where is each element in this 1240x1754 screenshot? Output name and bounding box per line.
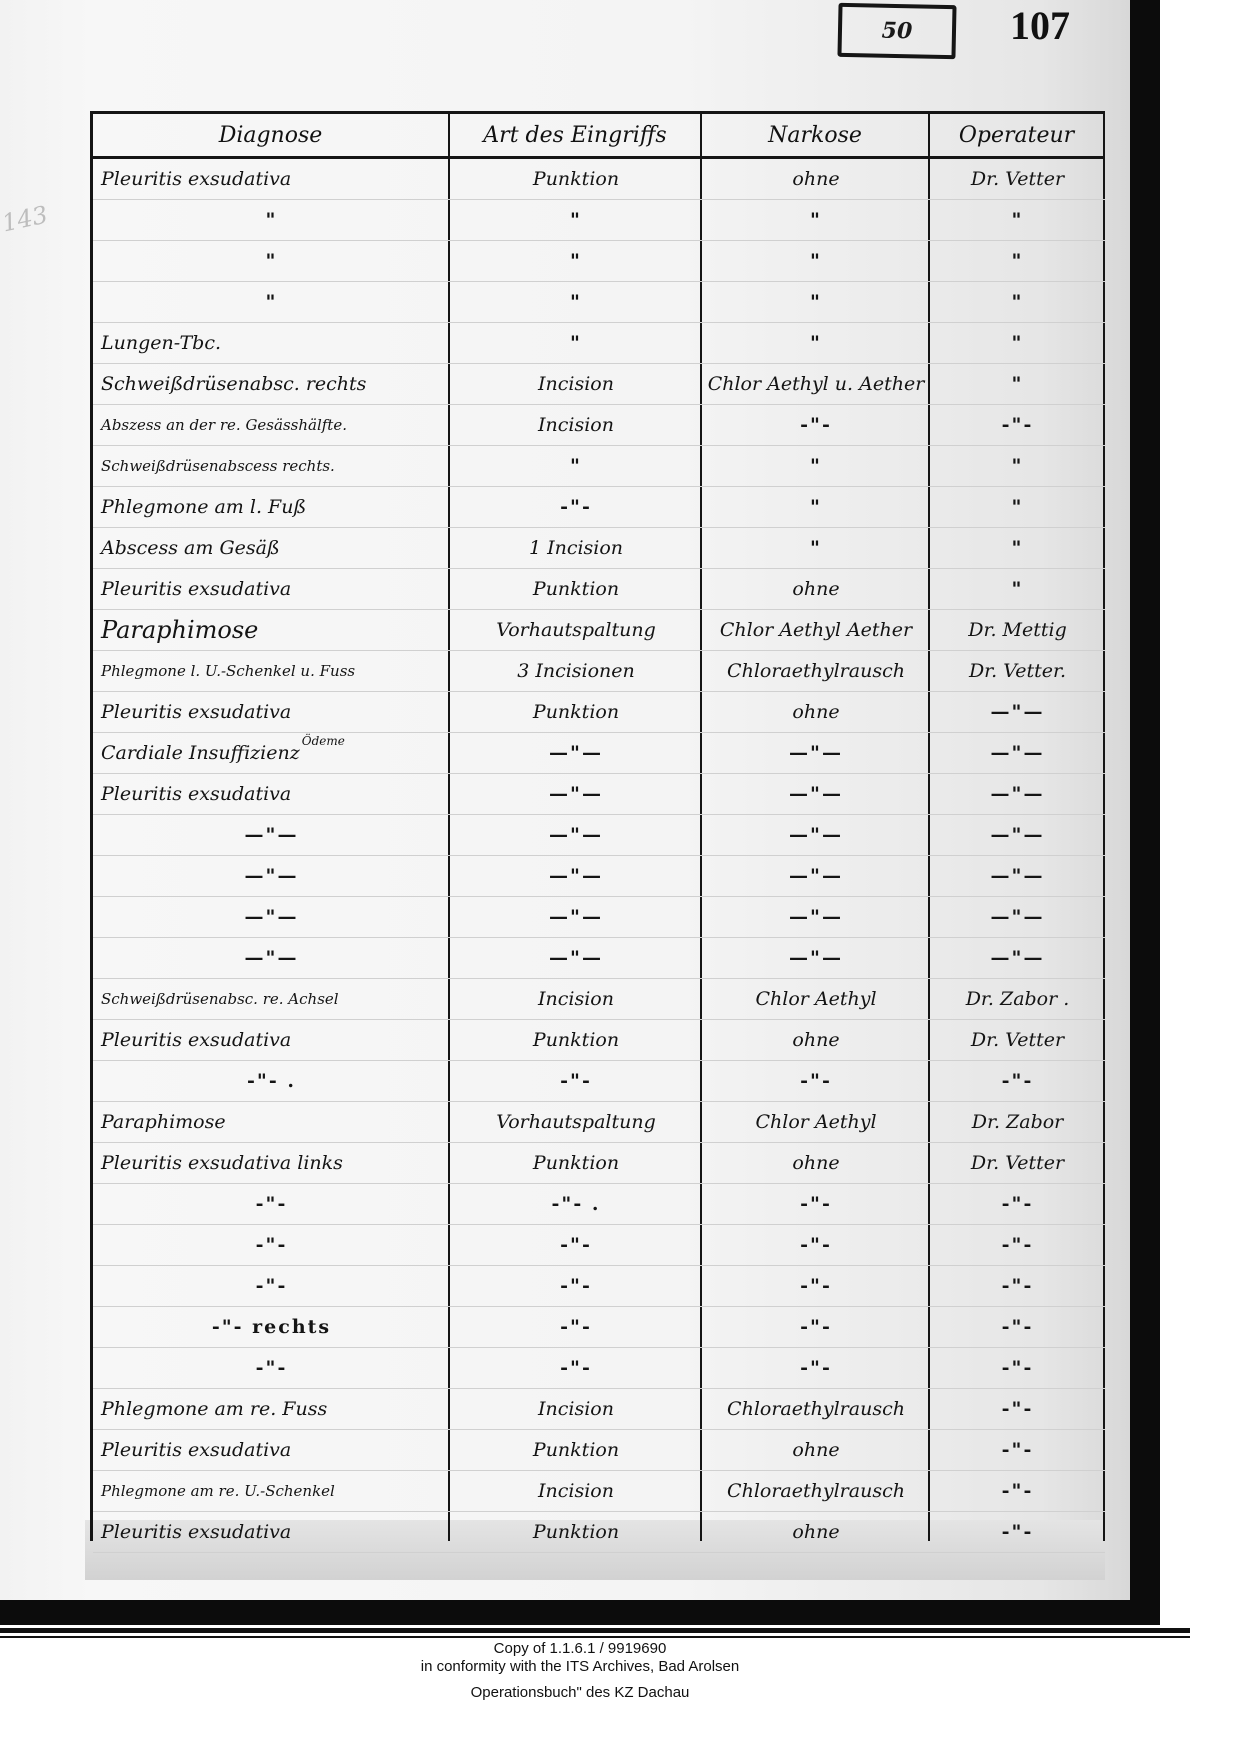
cell-eingriff-text: Incision (538, 414, 614, 436)
cell-narkose: -"- (702, 1266, 930, 1306)
cell-diagnose: —"— (93, 856, 450, 896)
cell-eingriff: " (450, 241, 702, 281)
cell-diagnose-text: Paraphimose (101, 616, 258, 644)
cell-diagnose: Abszess an der re. Gesässhälfte. (93, 405, 450, 445)
cell-narkose: ohne (702, 1143, 930, 1183)
cell-diagnose: Schweißdrüsenabscess rechts. (93, 446, 450, 486)
cell-operateur-text: —"— (991, 906, 1045, 928)
cell-eingriff: -"- (450, 1266, 702, 1306)
cell-narkose-text: —"— (789, 947, 843, 969)
cell-narkose: Chlor Aethyl (702, 1102, 930, 1142)
cell-diagnose-text: Schweißdrüsenabsc. rechts (101, 373, 366, 395)
cell-narkose-text: -"- (800, 1316, 832, 1338)
table-row: Phlegmone l. U.-Schenkel u. Fuss3 Incisi… (93, 651, 1105, 692)
cell-eingriff: Punktion (450, 1430, 702, 1470)
cell-diagnose: Pleuritis exsudativa (93, 1020, 450, 1060)
cell-operateur: " (930, 282, 1105, 322)
cell-operateur: " (930, 241, 1105, 281)
cell-diagnose: Pleuritis exsudativa (93, 774, 450, 814)
cell-diagnose-text: Pleuritis exsudativa (101, 1521, 291, 1543)
cell-operateur-text: —"— (991, 742, 1045, 764)
table-row: """" (93, 282, 1105, 323)
cell-operateur-text: —"— (991, 824, 1045, 846)
cell-eingriff: Incision (450, 405, 702, 445)
cell-eingriff: " (450, 323, 702, 363)
cell-narkose: —"— (702, 897, 930, 937)
column-header-diagnose: Diagnose (93, 114, 450, 156)
cell-eingriff-text: -"- (560, 1070, 592, 1092)
cell-narkose-text: -"- (800, 1275, 832, 1297)
cell-diagnose-text: —"— (245, 865, 299, 887)
table-header: Diagnose Art des Eingriffs Narkose Opera… (93, 111, 1105, 159)
cell-eingriff: -"- . (450, 1184, 702, 1224)
cell-narkose: Chloraethylrausch (702, 1471, 930, 1511)
table-row: Cardiale InsuffizienzÖdeme—"——"——"— (93, 733, 1105, 774)
cell-narkose-text: -"- (800, 414, 832, 436)
cell-diagnose-text: -"- (256, 1193, 288, 1215)
cell-eingriff: Punktion (450, 159, 702, 199)
cell-diagnose: —"— (93, 815, 450, 855)
cell-diagnose-text: -"- (256, 1275, 288, 1297)
cell-diagnose-text: Abscess am Gesäß (101, 537, 280, 559)
cell-narkose-text: ohne (792, 1152, 839, 1174)
cell-operateur: —"— (930, 815, 1105, 855)
cell-eingriff: -"- (450, 1348, 702, 1388)
table-row: Schweißdrüsenabsc. re. AchselIncisionChl… (93, 979, 1105, 1020)
cell-narkose: -"- (702, 1348, 930, 1388)
cell-diagnose-text: Schweißdrüsenabscess rechts. (101, 457, 335, 475)
cell-operateur-text: Dr. Vetter (971, 1029, 1064, 1051)
cell-diagnose-text: -"- (256, 1357, 288, 1379)
cell-operateur-text: " (1012, 455, 1024, 477)
cell-operateur: " (930, 528, 1105, 568)
cell-narkose-text: ohne (792, 1521, 839, 1543)
cell-operateur-text: -"- (1002, 1398, 1034, 1420)
table-row: Abszess an der re. Gesässhälfte.Incision… (93, 405, 1105, 446)
cell-operateur-text: " (1012, 250, 1024, 272)
cell-operateur: -"- (930, 1266, 1105, 1306)
footer-conformity-note: in conformity with the ITS Archives, Bad… (0, 1658, 1160, 1676)
footer-copy-reference: Copy of 1.1.6.1 / 9919690 (0, 1640, 1160, 1658)
table-row: Phlegmone am l. Fuß-"-"" (93, 487, 1105, 528)
cell-eingriff: —"— (450, 733, 702, 773)
cell-narkose-text: " (810, 209, 822, 231)
cell-diagnose-text: Pleuritis exsudativa (101, 578, 291, 600)
cell-diagnose: Phlegmone am l. Fuß (93, 487, 450, 527)
cell-narkose: —"— (702, 856, 930, 896)
cell-eingriff-text: Incision (538, 1480, 614, 1502)
table-row: Phlegmone am re. FussIncisionChloraethyl… (93, 1389, 1105, 1430)
cell-narkose: ohne (702, 159, 930, 199)
cell-operateur: -"- (930, 1348, 1105, 1388)
column-header-narkose: Narkose (702, 114, 930, 156)
cell-narkose-text: Chlor Aethyl u. Aether (708, 373, 925, 395)
cell-eingriff: Incision (450, 1471, 702, 1511)
cell-operateur-text: " (1012, 578, 1024, 600)
cell-eingriff-text: Punktion (533, 1439, 619, 1461)
cell-diagnose-text: Cardiale Insuffizienz (101, 742, 300, 764)
cell-diagnose-text: Pleuritis exsudativa (101, 1029, 291, 1051)
cell-narkose: " (702, 241, 930, 281)
cell-eingriff-text: " (570, 291, 582, 313)
cell-narkose-text: ohne (792, 578, 839, 600)
page-number: 107 (1010, 2, 1070, 49)
archive-footer: Copy of 1.1.6.1 / 9919690 in conformity … (0, 1640, 1160, 1702)
cell-eingriff: -"- (450, 487, 702, 527)
cell-narkose-text: " (810, 455, 822, 477)
cell-diagnose: -"- (93, 1348, 450, 1388)
cell-operateur: —"— (930, 856, 1105, 896)
cell-operateur: —"— (930, 692, 1105, 732)
cell-operateur: " (930, 487, 1105, 527)
table-row: Pleuritis exsudativaPunktionohneDr. Vett… (93, 1020, 1105, 1061)
cell-narkose-text: Chloraethylrausch (727, 660, 905, 682)
cell-narkose-text: —"— (789, 906, 843, 928)
cell-diagnose: Paraphimose (93, 1102, 450, 1142)
cell-eingriff-text: " (570, 209, 582, 231)
cell-operateur-text: " (1012, 332, 1024, 354)
table-row: Schweißdrüsenabsc. rechtsIncisionChlor A… (93, 364, 1105, 405)
cell-eingriff-text: -"- (560, 1357, 592, 1379)
table-row: Pleuritis exsudativaPunktionohneDr. Vett… (93, 159, 1105, 200)
cell-narkose: -"- (702, 1225, 930, 1265)
table-row: Pleuritis exsudativa linksPunktionohneDr… (93, 1143, 1105, 1184)
cell-operateur: Dr. Vetter (930, 159, 1105, 199)
cell-operateur: Dr. Zabor . (930, 979, 1105, 1019)
cell-operateur: -"- (930, 1061, 1105, 1101)
cell-eingriff: Punktion (450, 1020, 702, 1060)
cell-diagnose-text: -"- . (247, 1070, 296, 1092)
cell-operateur: Dr. Vetter (930, 1143, 1105, 1183)
table-row: Pleuritis exsudativa—"——"——"— (93, 774, 1105, 815)
table-row: Pleuritis exsudativaPunktionohne-"- (93, 1430, 1105, 1471)
cell-eingriff-text: Vorhautspaltung (496, 619, 656, 641)
table-row: -"--"--"--"- (93, 1225, 1105, 1266)
cell-narkose: " (702, 446, 930, 486)
cell-operateur: —"— (930, 938, 1105, 978)
cell-diagnose-text: -"- (256, 1234, 288, 1256)
cell-operateur: —"— (930, 897, 1105, 937)
cell-diagnose: Pleuritis exsudativa links (93, 1143, 450, 1183)
cell-narkose: " (702, 487, 930, 527)
cell-diagnose-text: " (266, 291, 278, 313)
cell-eingriff-text: 1 Incision (529, 537, 623, 559)
cell-operateur-text: -"- (1002, 1316, 1034, 1338)
cell-narkose: ohne (702, 1430, 930, 1470)
cell-operateur-text: " (1012, 496, 1024, 518)
cell-eingriff-text: —"— (549, 824, 603, 846)
cell-narkose-text: Chloraethylrausch (727, 1480, 905, 1502)
cell-diagnose-text: Abszess an der re. Gesässhälfte. (101, 416, 347, 434)
cell-operateur: -"- (930, 1184, 1105, 1224)
cell-eingriff: 3 Incisionen (450, 651, 702, 691)
cell-narkose: " (702, 282, 930, 322)
cell-diagnose: " (93, 241, 450, 281)
cell-eingriff: Incision (450, 364, 702, 404)
cell-diagnose: Phlegmone am re. U.-Schenkel (93, 1471, 450, 1511)
table-row: -"--"--"--"- (93, 1348, 1105, 1389)
cell-narkose-text: " (810, 332, 822, 354)
cell-eingriff-text: -"- (560, 1275, 592, 1297)
cell-narkose: Chlor Aethyl (702, 979, 930, 1019)
cell-diagnose: Phlegmone l. U.-Schenkel u. Fuss (93, 651, 450, 691)
cell-eingriff-text: —"— (549, 742, 603, 764)
cell-narkose: " (702, 528, 930, 568)
cell-eingriff-text: Punktion (533, 1029, 619, 1051)
table-row: Pleuritis exsudativaPunktionohne—"— (93, 692, 1105, 733)
cell-narkose: -"- (702, 1307, 930, 1347)
cell-operateur-text: -"- (1002, 1521, 1034, 1543)
cell-operateur-text: -"- (1002, 1480, 1034, 1502)
cell-narkose-text: Chlor Aethyl Aether (720, 619, 912, 641)
cell-narkose: ohne (702, 1512, 930, 1552)
cell-operateur-text: -"- (1002, 1275, 1034, 1297)
cell-eingriff: Vorhautspaltung (450, 610, 702, 650)
ledger-page: 143 50 107 Diagnose Art des Eingriffs Na… (0, 0, 1130, 1600)
cell-narkose: Chlor Aethyl Aether (702, 610, 930, 650)
cell-eingriff: Incision (450, 979, 702, 1019)
cell-operateur-text: Dr. Vetter (971, 168, 1064, 190)
cell-operateur: -"- (930, 1512, 1105, 1552)
cell-operateur: Dr. Vetter. (930, 651, 1105, 691)
table-row: ParaphimoseVorhautspaltungChlor Aethyl A… (93, 610, 1105, 651)
cell-eingriff: " (450, 200, 702, 240)
cell-diagnose-text: Pleuritis exsudativa (101, 783, 291, 805)
cell-narkose-text: -"- (800, 1193, 832, 1215)
cell-operateur-text: Dr. Vetter (971, 1152, 1064, 1174)
cell-operateur-text: -"- (1002, 1357, 1034, 1379)
table-row: —"——"——"——"— (93, 897, 1105, 938)
cell-diagnose-text: Phlegmone am l. Fuß (101, 496, 306, 518)
diagnose-annotation: Ödeme (302, 734, 345, 748)
cell-diagnose: Paraphimose (93, 610, 450, 650)
cell-narkose: —"— (702, 815, 930, 855)
cell-diagnose-text: " (266, 250, 278, 272)
cell-operateur: " (930, 200, 1105, 240)
stamp-number-text: 50 (881, 18, 912, 45)
cell-diagnose: Pleuritis exsudativa (93, 159, 450, 199)
cell-diagnose: Pleuritis exsudativa (93, 569, 450, 609)
cell-operateur-text: Dr. Zabor . (966, 988, 1070, 1010)
cell-eingriff-text: —"— (549, 783, 603, 805)
footer-document-title: Operationsbuch" des KZ Dachau (0, 1684, 1160, 1702)
margin-note: 143 (0, 201, 50, 238)
cell-narkose: " (702, 323, 930, 363)
table-row: Abscess am Gesäß1 Incision"" (93, 528, 1105, 569)
cell-narkose-text: Chloraethylrausch (727, 1398, 905, 1420)
archive-stamp-number: 50 (837, 3, 956, 59)
cell-eingriff-text: —"— (549, 947, 603, 969)
cell-operateur-text: -"- (1002, 1234, 1034, 1256)
cell-eingriff: -"- (450, 1061, 702, 1101)
cell-eingriff-text: -"- (560, 496, 592, 518)
cell-operateur-text: —"— (991, 701, 1045, 723)
table-row: —"——"——"——"— (93, 856, 1105, 897)
cell-eingriff: Punktion (450, 692, 702, 732)
cell-narkose: -"- (702, 1184, 930, 1224)
cell-narkose: Chloraethylrausch (702, 651, 930, 691)
cell-narkose-text: ohne (792, 1439, 839, 1461)
cell-operateur-text: —"— (991, 947, 1045, 969)
cell-operateur: " (930, 323, 1105, 363)
cell-operateur: —"— (930, 774, 1105, 814)
cell-diagnose-text: Paraphimose (101, 1111, 226, 1133)
cell-eingriff-text: Vorhautspaltung (496, 1111, 656, 1133)
cell-diagnose: -"- (93, 1266, 450, 1306)
cell-diagnose-text: " (266, 209, 278, 231)
cell-operateur-text: -"- (1002, 1193, 1034, 1215)
table-row: —"——"——"——"— (93, 938, 1105, 979)
table-row: Pleuritis exsudativaPunktionohne" (93, 569, 1105, 610)
cell-diagnose: Phlegmone am re. Fuss (93, 1389, 450, 1429)
cell-eingriff-text: Punktion (533, 168, 619, 190)
cell-operateur: -"- (930, 1307, 1105, 1347)
table-row: -"--"--"--"- (93, 1266, 1105, 1307)
cell-eingriff-text: -"- (560, 1234, 592, 1256)
cell-diagnose: Schweißdrüsenabsc. rechts (93, 364, 450, 404)
cell-operateur: Dr. Zabor (930, 1102, 1105, 1142)
cell-operateur-text: " (1012, 373, 1024, 395)
footer-rule (0, 1628, 1190, 1633)
cell-eingriff-text: Punktion (533, 1152, 619, 1174)
cell-diagnose: " (93, 282, 450, 322)
cell-eingriff: —"— (450, 774, 702, 814)
cell-diagnose-text: Schweißdrüsenabsc. re. Achsel (101, 990, 339, 1008)
cell-eingriff: Punktion (450, 1143, 702, 1183)
cell-diagnose: Pleuritis exsudativa (93, 1512, 450, 1552)
cell-diagnose-text: -"- rechts (212, 1316, 331, 1338)
cell-eingriff: 1 Incision (450, 528, 702, 568)
cell-eingriff: " (450, 446, 702, 486)
cell-operateur-text: Dr. Mettig (968, 619, 1067, 641)
column-header-art-des-eingriffs: Art des Eingriffs (450, 114, 702, 156)
cell-narkose-text: ohne (792, 1029, 839, 1051)
cell-diagnose-text: —"— (245, 824, 299, 846)
cell-eingriff-text: —"— (549, 906, 603, 928)
cell-eingriff-text: —"— (549, 865, 603, 887)
cell-narkose-text: " (810, 250, 822, 272)
table-row: Phlegmone am re. U.-SchenkelIncisionChlo… (93, 1471, 1105, 1512)
table-row: Lungen-Tbc.""" (93, 323, 1105, 364)
cell-narkose-text: " (810, 291, 822, 313)
cell-diagnose: -"- (93, 1225, 450, 1265)
cell-eingriff-text: " (570, 250, 582, 272)
cell-narkose-text: " (810, 496, 822, 518)
cell-eingriff: Punktion (450, 569, 702, 609)
cell-narkose: —"— (702, 733, 930, 773)
cell-narkose-text: " (810, 537, 822, 559)
cell-narkose: -"- (702, 405, 930, 445)
cell-eingriff: —"— (450, 856, 702, 896)
cell-diagnose-text: —"— (245, 947, 299, 969)
cell-eingriff-text: Punktion (533, 578, 619, 600)
cell-eingriff: " (450, 282, 702, 322)
cell-operateur-text: -"- (1002, 414, 1034, 436)
cell-narkose-text: -"- (800, 1357, 832, 1379)
cell-operateur-text: Dr. Vetter. (969, 660, 1066, 682)
table-body: Pleuritis exsudativaPunktionohneDr. Vett… (93, 159, 1105, 1553)
cell-diagnose: —"— (93, 897, 450, 937)
cell-narkose-text: ohne (792, 168, 839, 190)
cell-narkose-text: —"— (789, 824, 843, 846)
cell-diagnose: " (93, 200, 450, 240)
cell-eingriff-text: Punktion (533, 701, 619, 723)
cell-narkose-text: Chlor Aethyl (755, 988, 876, 1010)
cell-eingriff: Vorhautspaltung (450, 1102, 702, 1142)
cell-operateur-text: Dr. Zabor (972, 1111, 1064, 1133)
cell-eingriff-text: -"- (560, 1316, 592, 1338)
cell-diagnose: Pleuritis exsudativa (93, 692, 450, 732)
cell-diagnose-text: Lungen-Tbc. (101, 332, 221, 354)
cell-narkose-text: —"— (789, 783, 843, 805)
cell-narkose-text: Chlor Aethyl (755, 1111, 876, 1133)
cell-diagnose-text: Phlegmone am re. Fuss (101, 1398, 327, 1420)
footer-rule-thin (0, 1636, 1190, 1638)
cell-narkose: -"- (702, 1061, 930, 1101)
table-row: -"- .-"--"--"- (93, 1061, 1105, 1102)
cell-narkose: —"— (702, 938, 930, 978)
cell-operateur: -"- (930, 1389, 1105, 1429)
cell-eingriff-text: Incision (538, 1398, 614, 1420)
table-row: -"- rechts-"--"--"- (93, 1307, 1105, 1348)
cell-operateur-text: -"- (1002, 1439, 1034, 1461)
table-row: Pleuritis exsudativaPunktionohne-"- (93, 1512, 1105, 1553)
cell-narkose: " (702, 200, 930, 240)
cell-diagnose-text: —"— (245, 906, 299, 928)
cell-operateur: Dr. Vetter (930, 1020, 1105, 1060)
table-row: —"——"——"——"— (93, 815, 1105, 856)
cell-eingriff: Incision (450, 1389, 702, 1429)
cell-diagnose-text: Pleuritis exsudativa (101, 701, 291, 723)
cell-operateur-text: " (1012, 291, 1024, 313)
cell-narkose-text: —"— (789, 865, 843, 887)
cell-eingriff-text: " (570, 455, 582, 477)
cell-narkose-text: ohne (792, 701, 839, 723)
cell-operateur-text: " (1012, 537, 1024, 559)
cell-narkose-text: —"— (789, 742, 843, 764)
cell-operateur: Dr. Mettig (930, 610, 1105, 650)
cell-narkose: ohne (702, 569, 930, 609)
cell-narkose: ohne (702, 692, 930, 732)
cell-operateur: -"- (930, 405, 1105, 445)
cell-operateur-text: —"— (991, 783, 1045, 805)
cell-diagnose-text: Pleuritis exsudativa (101, 1439, 291, 1461)
cell-narkose-text: -"- (800, 1234, 832, 1256)
cell-eingriff: -"- (450, 1225, 702, 1265)
cell-eingriff: —"— (450, 938, 702, 978)
cell-operateur: —"— (930, 733, 1105, 773)
cell-operateur: " (930, 364, 1105, 404)
cell-narkose: ohne (702, 1020, 930, 1060)
cell-diagnose: -"- rechts (93, 1307, 450, 1347)
cell-narkose: Chlor Aethyl u. Aether (702, 364, 930, 404)
cell-operateur-text: -"- (1002, 1070, 1034, 1092)
table-row: ParaphimoseVorhautspaltungChlor AethylDr… (93, 1102, 1105, 1143)
cell-diagnose: Schweißdrüsenabsc. re. Achsel (93, 979, 450, 1019)
cell-eingriff-text: -"- . (552, 1193, 601, 1215)
cell-diagnose: -"- . (93, 1061, 450, 1101)
cell-eingriff-text: Incision (538, 988, 614, 1010)
cell-narkose-text: -"- (800, 1070, 832, 1092)
cell-eingriff: Punktion (450, 1512, 702, 1552)
table-row: """" (93, 200, 1105, 241)
cell-operateur-text: —"— (991, 865, 1045, 887)
column-header-operateur: Operateur (930, 114, 1105, 156)
cell-diagnose: Cardiale InsuffizienzÖdeme (93, 733, 450, 773)
cell-diagnose: -"- (93, 1184, 450, 1224)
cell-operateur: " (930, 446, 1105, 486)
cell-diagnose-text: Pleuritis exsudativa links (101, 1152, 343, 1174)
